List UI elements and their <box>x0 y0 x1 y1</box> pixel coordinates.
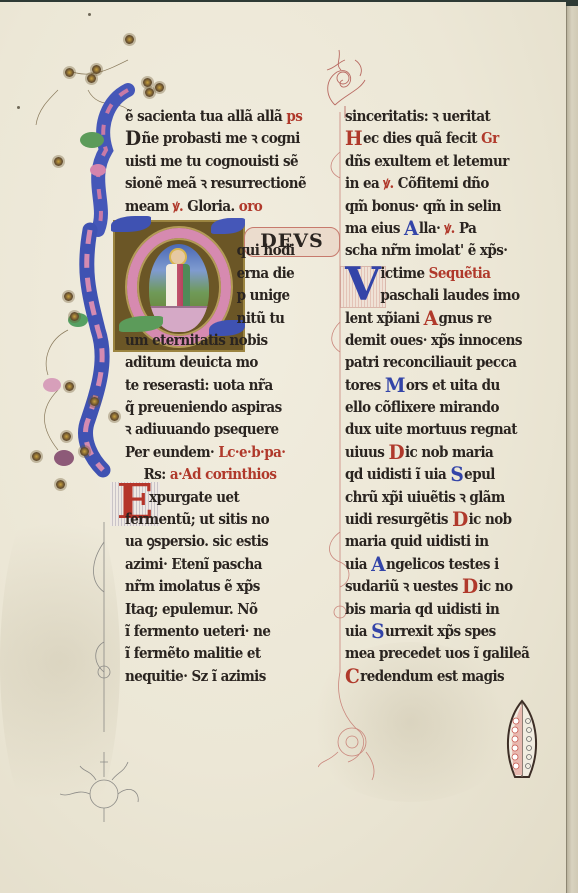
gold-bud-icon <box>143 78 152 87</box>
gold-bud-icon <box>125 35 134 44</box>
text-line: nr̃m imolatus ẽ xp̃s <box>125 576 325 598</box>
line-initial: H <box>345 129 362 147</box>
text-line: erna die <box>125 263 325 285</box>
text-span: in ea <box>345 175 383 192</box>
text-span: patri reconciliauit pecca <box>345 354 516 371</box>
text-line: mea precedet uos ĩ galileã <box>345 643 531 665</box>
text-span: tores <box>345 377 385 394</box>
text-line: ictime Sequẽtia <box>345 263 531 285</box>
gold-bud-icon <box>56 480 65 489</box>
text-span: demit oues· xp̃s innocens <box>345 332 522 349</box>
text-line: q̃ preueniendo aspiras <box>125 397 325 419</box>
text-span: ñe probasti me ꝛ cogni <box>142 130 300 147</box>
text-span: ngelicos testes i <box>386 556 499 573</box>
text-span: uidi resurgẽtis <box>345 511 452 528</box>
text-line: Per eundem· Lc·e·b·pa· <box>125 442 325 464</box>
text-line: ĩ fermento ueteri· ne <box>125 621 325 643</box>
text-span: mea precedet uos ĩ galileã <box>345 645 529 662</box>
text-span: ĩ fermẽto malitie et <box>125 645 261 662</box>
text-span: ic nob <box>469 511 512 528</box>
text-span: ua ꝯspersio. sic estis <box>125 533 268 550</box>
text-line: ꝛ adiuuando psequere <box>125 419 325 441</box>
line-initial: A <box>371 555 385 573</box>
adjacent-page-edge <box>566 6 578 893</box>
text-span: aditum deuicta mo <box>125 354 258 371</box>
rubric-span: a·Ad corinthios <box>170 466 277 483</box>
text-span: uia <box>345 623 371 640</box>
text-span: Itaq; epulemur. Nõ <box>125 601 258 618</box>
text-span: erna die <box>237 265 295 282</box>
text-line: bis maria qd uidisti in <box>345 599 531 621</box>
text-line: nitũ tu <box>125 308 325 330</box>
gold-bud-icon <box>32 452 41 461</box>
text-line: chrũ xp̃i uiuẽtis ꝛ glãm <box>345 487 531 509</box>
text-line: lent xp̃iani Agnus re <box>345 308 531 330</box>
text-line: scha nr̃m imolat' ẽ xp̃s· <box>345 240 531 262</box>
rubric-span: Sequẽtia <box>429 265 491 282</box>
text-line: ĩ fermẽto malitie et <box>125 643 325 665</box>
rubric-span: Lc·e·b·pa· <box>218 444 285 461</box>
text-span: uisti me tu cognouisti sẽ <box>125 153 298 170</box>
text-line: demit oues· xp̃s innocens <box>345 330 531 352</box>
text-span: maria quid uidisti in <box>345 533 488 550</box>
rubric-span: ꝟ. <box>173 198 188 215</box>
manuscript-page: DEVS V E <box>0 2 566 893</box>
text-span: ello cõflixere mirando <box>345 399 499 416</box>
paper-speck <box>88 13 91 16</box>
rubric-span: oro <box>239 198 262 215</box>
gold-bud-icon <box>145 88 154 97</box>
text-line: uidi resurgẽtis Dic nob <box>345 509 531 531</box>
text-span: fermentũ; ut sitis no <box>125 511 269 528</box>
line-initial: A <box>424 309 438 327</box>
text-line: um eternitatis nobis <box>125 330 325 352</box>
text-line: qui hodi <box>125 240 325 262</box>
left-text-column: ẽ sacienta tua allã allã ps Dñe probasti… <box>125 106 340 688</box>
text-span: Per eundem· <box>125 444 218 461</box>
text-line: Rs: a·Ad corinthios <box>125 464 325 486</box>
text-line: patri reconciliauit pecca <box>345 352 531 374</box>
text-line: te reserasti: uota nr̃a <box>125 375 325 397</box>
text-span: ĩ fermento ueteri· ne <box>125 623 270 640</box>
line-initial: D <box>462 577 478 595</box>
paper-speck <box>17 106 20 109</box>
text-span: azimi· Etenĩ pascha <box>125 556 262 573</box>
gold-bud-icon <box>70 312 79 321</box>
text-line: ua ꝯspersio. sic estis <box>125 531 325 553</box>
text-span: nequitie· Sz ĩ azimis <box>125 668 266 685</box>
text-span: dñs exultem et letemur <box>345 153 509 170</box>
text-span: lent xp̃iani <box>345 310 424 327</box>
text-span: sudariũ ꝛ uestes <box>345 578 462 595</box>
gold-bud-icon <box>65 68 74 77</box>
text-span: nr̃m imolatus ẽ xp̃s <box>125 578 260 595</box>
right-text-column: sinceritatis: ꝛ ueritat Hec dies quã fec… <box>345 106 545 688</box>
text-line: dux uite mortuus regnat <box>345 419 531 441</box>
text-line: p unige <box>125 285 325 307</box>
rubric-span: ps <box>286 108 302 125</box>
text-line: azimi· Etenĩ pascha <box>125 554 325 576</box>
text-span: paschali laudes imo <box>380 287 519 304</box>
text-span: ic no <box>478 578 512 595</box>
text-span: um eternitatis nobis <box>125 332 268 349</box>
almond-ornament-icon <box>503 699 541 781</box>
text-span: qd uidisti ĩ uia <box>345 466 450 483</box>
text-line: uia Angelicos testes i <box>345 554 531 576</box>
text-span: lla· <box>419 220 445 237</box>
text-span: qui hodi <box>237 242 295 259</box>
text-line: ello cõflixere mirando <box>345 397 531 419</box>
text-span: ꝛ adiuuando psequere <box>125 421 279 438</box>
text-span: ec dies quã fecit <box>363 130 481 147</box>
rubric-span: ꝟ. <box>383 175 398 192</box>
text-span: scha nr̃m imolat' ẽ xp̃s· <box>345 242 507 259</box>
text-span: Pa <box>459 220 476 237</box>
text-span: meam <box>125 198 173 215</box>
text-span: q̃ preueniendo aspiras <box>125 399 282 416</box>
gold-bud-icon <box>64 292 73 301</box>
text-span: bis maria qd uidisti in <box>345 601 499 618</box>
text-span: chrũ xp̃i uiuẽtis ꝛ glãm <box>345 489 505 506</box>
text-span: ẽ sacienta tua allã allã <box>125 108 286 125</box>
text-line: Hec dies quã fecit Gr <box>345 128 531 150</box>
text-span: xpurgate uet <box>149 489 239 506</box>
text-span: epul <box>464 466 495 483</box>
text-span: te reserasti: uota nr̃a <box>125 377 273 394</box>
gold-bud-icon <box>65 382 74 391</box>
line-initial: C <box>345 667 359 685</box>
text-span: ors et uita du <box>406 377 500 394</box>
line-initial: A <box>404 219 418 237</box>
line-initial: S <box>450 465 463 483</box>
text-span: Gloria. <box>187 198 239 215</box>
text-span: Cõfitemi dño <box>398 175 489 192</box>
text-line: in ea ꝟ. Cõfitemi dño <box>345 173 531 195</box>
text-line: Dñe probasti me ꝛ cogni <box>125 128 325 150</box>
line-initial: S <box>371 622 384 640</box>
text-span: sinceritatis: ꝛ ueritat <box>345 108 490 125</box>
gold-bud-icon <box>155 83 164 92</box>
rubric-span: Gr <box>481 130 499 147</box>
text-span: gnus re <box>438 310 491 327</box>
gold-bud-icon <box>62 432 71 441</box>
text-line: paschali laudes imo <box>345 285 531 307</box>
text-line: ẽ sacienta tua allã allã ps <box>125 106 325 128</box>
line-initial: D <box>125 129 141 147</box>
text-line: fermentũ; ut sitis no <box>125 509 325 531</box>
text-span: uiuus <box>345 444 388 461</box>
text-span: ictime <box>380 265 428 282</box>
text-span: p unige <box>237 287 290 304</box>
text-span: ic nob maria <box>405 444 493 461</box>
text-span: Rs: <box>144 466 170 483</box>
text-line: maria quid uidisti in <box>345 531 531 553</box>
text-line: sudariũ ꝛ uestes Dic no <box>345 576 531 598</box>
gold-bud-icon <box>80 447 89 456</box>
text-line: aditum deuicta mo <box>125 352 325 374</box>
text-line: nequitie· Sz ĩ azimis <box>125 666 325 688</box>
text-line: xpurgate uet <box>125 487 325 509</box>
text-line: tores Mors et uita du <box>345 375 531 397</box>
text-line: ma eius Alla· ꝟ. Pa <box>345 218 531 240</box>
gold-bud-icon <box>90 397 99 406</box>
gold-bud-icon <box>87 74 96 83</box>
text-span: dux uite mortuus regnat <box>345 421 517 438</box>
text-span: sionẽ meã ꝛ resurrectionẽ <box>125 175 306 192</box>
gold-bud-icon <box>92 65 101 74</box>
text-line: Itaq; epulemur. Nõ <box>125 599 325 621</box>
gold-bud-icon <box>110 412 119 421</box>
line-initial: M <box>385 376 405 394</box>
text-line: sionẽ meã ꝛ resurrectionẽ <box>125 173 325 195</box>
text-line: uia Surrexit xp̃s spes <box>345 621 531 643</box>
text-line: Credendum est magis <box>345 666 531 688</box>
text-line: meam ꝟ. Gloria. oro <box>125 196 325 218</box>
text-span: qm̃ bonus· qm̃ in selin <box>345 198 501 215</box>
text-line <box>125 218 325 240</box>
text-span: uia <box>345 556 371 573</box>
text-span: redendum est magis <box>360 668 504 685</box>
line-initial: D <box>452 510 468 528</box>
text-line: qd uidisti ĩ uia Sepul <box>345 464 531 486</box>
gold-bud-icon <box>54 157 63 166</box>
text-line: qm̃ bonus· qm̃ in selin <box>345 196 531 218</box>
text-span: ma eius <box>345 220 404 237</box>
text-line: sinceritatis: ꝛ ueritat <box>345 106 531 128</box>
text-span: urrexit xp̃s spes <box>385 623 496 640</box>
text-line: dñs exultem et letemur <box>345 151 531 173</box>
line-initial: D <box>388 443 404 461</box>
text-line: uiuus Dic nob maria <box>345 442 531 464</box>
text-span: nitũ tu <box>237 310 285 327</box>
rubric-span: ꝟ. <box>444 220 459 237</box>
text-line: uisti me tu cognouisti sẽ <box>125 151 325 173</box>
